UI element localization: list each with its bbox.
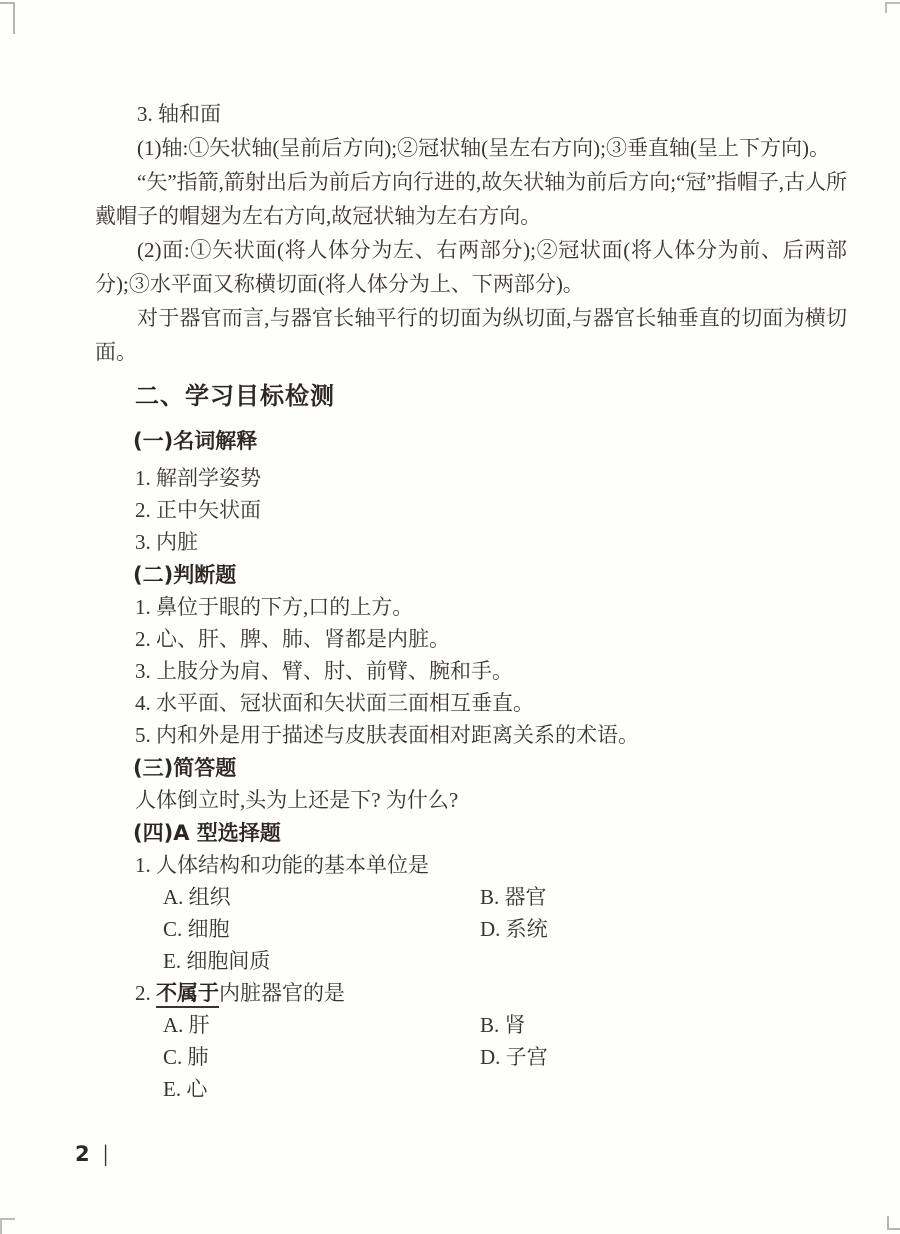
term-item: 3. 内脏 bbox=[95, 526, 847, 558]
truefalse-item: 4. 水平面、冠状面和矢状面三面相互垂直。 bbox=[95, 687, 847, 719]
question-2-stem: 2. 不属于内脏器官的是 bbox=[95, 977, 847, 1009]
subsection-heading-truefalse: (二)判断题 bbox=[95, 559, 847, 591]
subsection-heading-terms: (一)名词解释 bbox=[95, 425, 847, 457]
page-content: 3. 轴和面 (1)轴:①矢状轴(呈前后方向);②冠状轴(呈左右方向);③垂直轴… bbox=[95, 97, 847, 1105]
question-2-emphasis-underlined: 不属于 bbox=[156, 981, 219, 1008]
crop-mark-bottom-right-icon bbox=[887, 1216, 900, 1230]
paragraph-organ-sections: 对于器官而言,与器官长轴平行的切面为纵切面,与器官长轴垂直的切面为横切面。 bbox=[95, 301, 847, 369]
options-row: E. 心 bbox=[95, 1073, 847, 1105]
crop-mark-top-left-icon bbox=[0, 2, 15, 34]
options-row: A. 肝 B. 肾 bbox=[95, 1009, 847, 1041]
page-footer: 2| bbox=[75, 1142, 109, 1166]
footer-divider: | bbox=[102, 1142, 108, 1166]
term-item: 2. 正中矢状面 bbox=[95, 494, 847, 526]
options-row: C. 肺 D. 子宫 bbox=[95, 1041, 847, 1073]
subsection-heading-shortanswer: (三)简答题 bbox=[95, 752, 847, 784]
options-row: C. 细胞 D. 系统 bbox=[95, 913, 847, 945]
option-e: E. 心 bbox=[163, 1077, 207, 1101]
question-2-stem-rest: 内脏器官的是 bbox=[219, 981, 345, 1005]
option-c: C. 细胞 bbox=[163, 917, 230, 941]
term-item: 1. 解剖学姿势 bbox=[95, 462, 847, 494]
paragraph-planes: (2)面:①矢状面(将人体分为左、右两部分);②冠状面(将人体分为前、后两部分)… bbox=[95, 233, 847, 301]
paragraph-arrow-explanation: “矢”指箭,箭射出后为前后方向行进的,故矢状轴为前后方向;“冠”指帽子,古人所戴… bbox=[95, 165, 847, 233]
truefalse-item: 5. 内和外是用于描述与皮肤表面相对距离关系的术语。 bbox=[95, 719, 847, 751]
subsection-heading-multiple-choice: (四)A 型选择题 bbox=[95, 817, 847, 849]
book-page: 3. 轴和面 (1)轴:①矢状轴(呈前后方向);②冠状轴(呈左右方向);③垂直轴… bbox=[0, 0, 900, 1234]
numbered-topic-title: 3. 轴和面 bbox=[95, 97, 847, 131]
truefalse-item: 3. 上肢分为肩、臂、肘、前臂、腕和手。 bbox=[95, 655, 847, 687]
page-number: 2 bbox=[75, 1142, 90, 1166]
option-b: B. 肾 bbox=[480, 1009, 526, 1041]
crop-mark-top-right-icon bbox=[885, 2, 900, 13]
option-a: A. 组织 bbox=[163, 885, 231, 909]
question-1-stem: 1. 人体结构和功能的基本单位是 bbox=[95, 849, 847, 881]
option-d: D. 系统 bbox=[480, 913, 548, 945]
option-e: E. 细胞间质 bbox=[163, 949, 270, 973]
question-2-number: 2. bbox=[135, 981, 156, 1005]
crop-mark-bottom-left-icon bbox=[0, 1218, 15, 1234]
option-b: B. 器官 bbox=[480, 881, 547, 913]
option-d: D. 子宫 bbox=[480, 1041, 548, 1073]
paragraph-axes: (1)轴:①矢状轴(呈前后方向);②冠状轴(呈左右方向);③垂直轴(呈上下方向)… bbox=[95, 131, 847, 165]
short-answer-question: 人体倒立时,头为上还是下? 为什么? bbox=[95, 784, 847, 816]
option-a: A. 肝 bbox=[163, 1013, 210, 1037]
truefalse-item: 1. 鼻位于眼的下方,口的上方。 bbox=[95, 591, 847, 623]
truefalse-item: 2. 心、肝、脾、肺、肾都是内脏。 bbox=[95, 623, 847, 655]
option-c: C. 肺 bbox=[163, 1045, 209, 1069]
section-heading: 二、学习目标检测 bbox=[95, 377, 847, 415]
options-row: A. 组织 B. 器官 bbox=[95, 881, 847, 913]
options-row: E. 细胞间质 bbox=[95, 945, 847, 977]
